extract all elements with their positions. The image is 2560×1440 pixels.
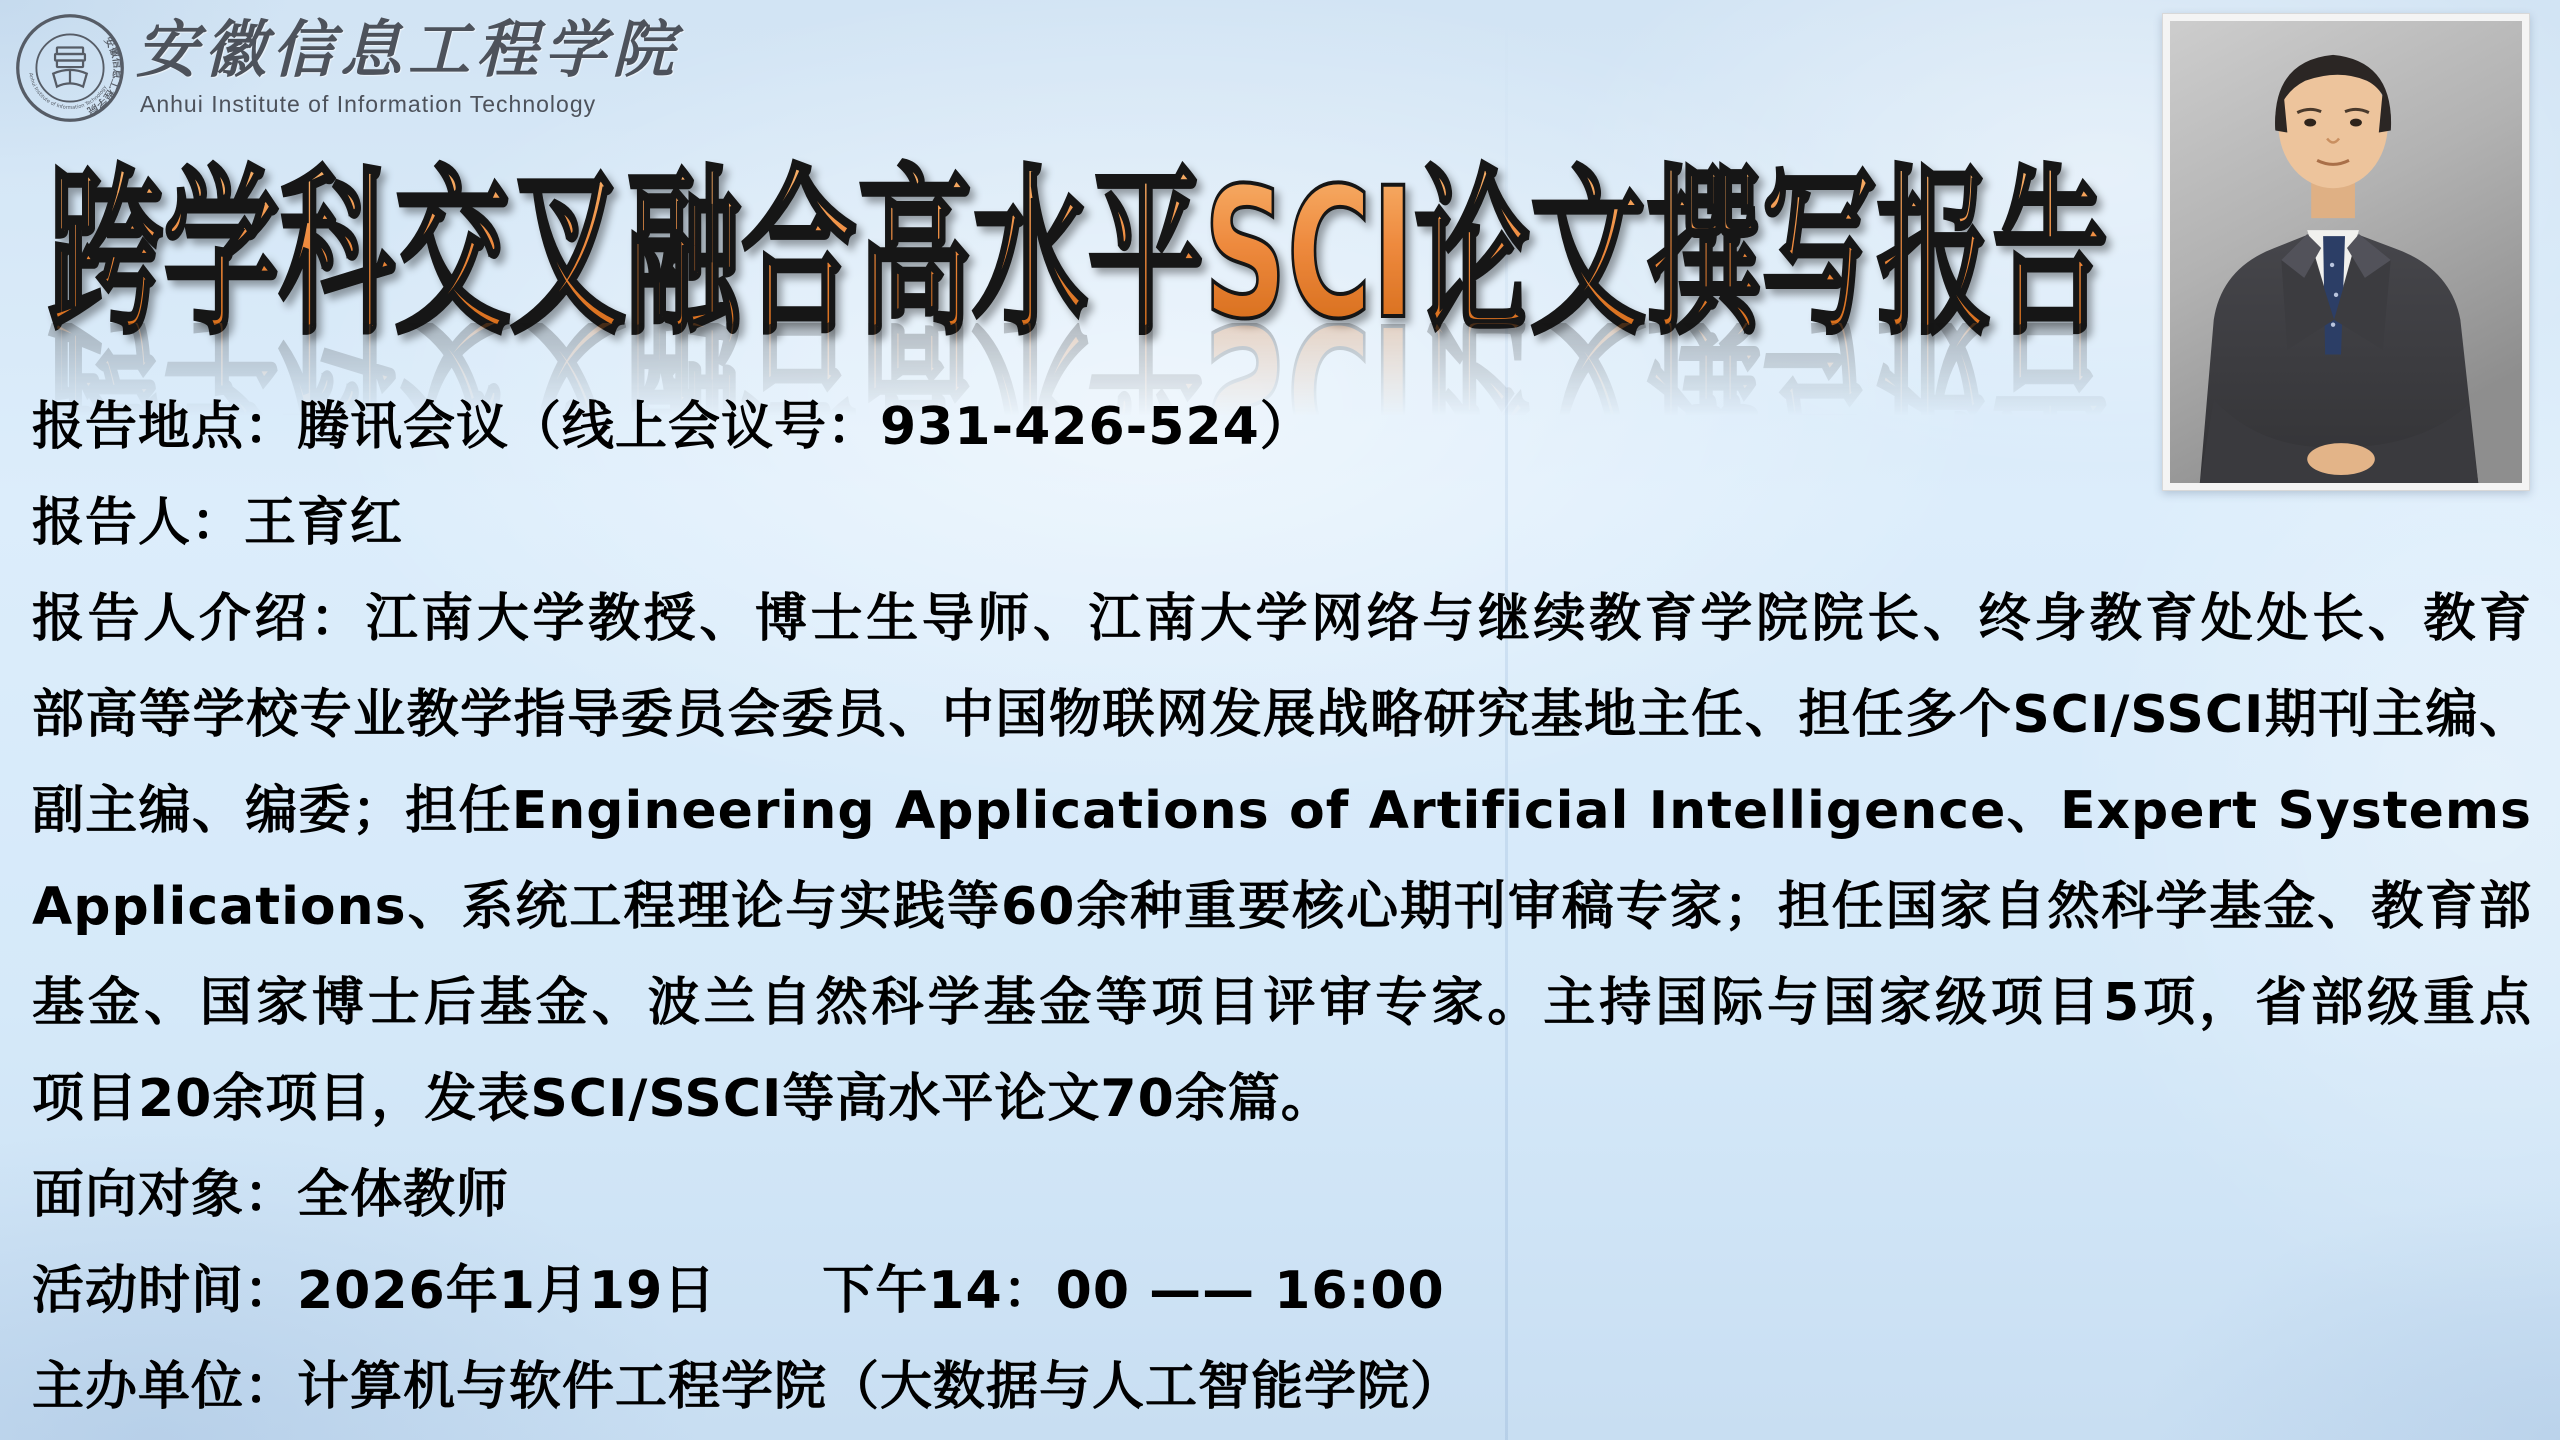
body-text-line: 基金、国家博士后基金、波兰自然科学基金等项目评审专家。主持国际与国家级项目5项，… [32, 955, 2532, 1051]
body-text: 报告地点：腾讯会议（线上会议号：931-426-524）报告人：王育红报告人介绍… [32, 379, 2532, 1435]
institute-name-en: Anhui Institute of Information Technolog… [140, 90, 596, 118]
book-stack-icon [53, 47, 87, 86]
institute-name-zh: 安徽信息工程学院 [136, 10, 896, 90]
body-text-line: Applications、系统工程理论与实践等60余种重要核心期刊审稿专家；担任… [32, 859, 2532, 955]
body-text-line: 报告人：王育红 [32, 475, 2532, 571]
body-text-line: 面向对象：全体教师 [32, 1147, 2532, 1243]
body-text-line: 报告人介绍：江南大学教授、博士生导师、江南大学网络与继续教育学院院长、终身教育处… [32, 571, 2532, 667]
institute-logo-icon: 安徽信息工程学院 Anhui Institute of Information … [14, 12, 126, 124]
body-text-line: 活动时间：2026年1月19日 下午14：00 —— 16:00 [32, 1243, 2532, 1339]
body-text-line: 部高等学校专业教学指导委员会委员、中国物联网发展战略研究基地主任、担任多个SCI… [32, 667, 2532, 763]
body-text-line: 项目20余项目，发表SCI/SSCI等高水平论文70余篇。 [32, 1051, 2532, 1147]
body-text-line: 主办单位：计算机与软件工程学院（大数据与人工智能学院） [32, 1339, 2532, 1435]
body-text-line: 副主编、编委；担任Engineering Applications of Art… [32, 763, 2532, 859]
poster: 安徽信息工程学院 Anhui Institute of Information … [0, 0, 2560, 1440]
body-text-line: 报告地点：腾讯会议（线上会议号：931-426-524） [32, 379, 2532, 475]
